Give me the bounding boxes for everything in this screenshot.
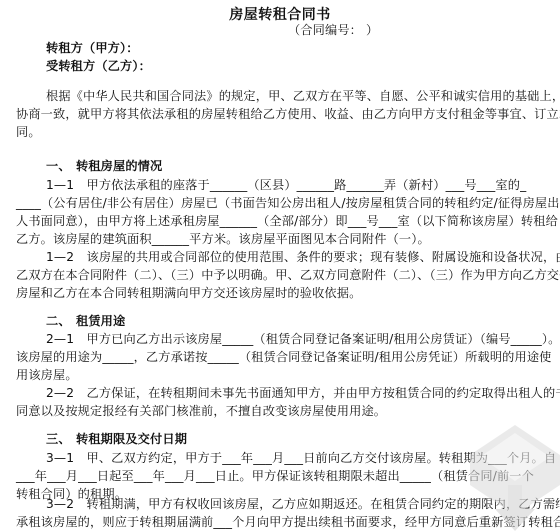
clause-line: 3—2 转租期满，甲方有权收回该房屋，乙方应如期返还。在租赁合同约定的期限内，乙… <box>46 496 560 512</box>
preamble-line: 同。 <box>16 124 41 140</box>
clause-line: 2—1 甲方已向乙方出示该房屋_____（租赁合同登记备案证明/租用公房赁证）（… <box>46 331 560 347</box>
party-a-label: 转租方（甲方）： <box>46 40 139 56</box>
section-heading: 转租期限及交付日期 <box>76 431 187 447</box>
clause-line: 该房屋的用途为_____，乙方承诺按_____（租赁合同登记备案证明/租用公房凭… <box>16 349 552 365</box>
clause-line: 1—1 甲方依法承租的座落于______（区县）______路______弄（新… <box>46 177 526 193</box>
clause-line: 承租该房屋的，则应于转租期届满前___个月向甲方提出续租书面要求，经甲方同意后重… <box>16 514 560 530</box>
clause-line: 2—2 乙方保证，在转租期间未事先书面通知甲方，并由甲方按租赁合同的约定取得出租… <box>46 385 560 401</box>
preamble-line: 根据《中华人民共和国合同法》的规定，甲、乙双方在平等、自愿、公平和诚实信用的基础… <box>46 88 560 104</box>
section-heading-number: 一、 <box>46 158 71 174</box>
clause-line: 同意以及按规定报经有关部门核准前，不擅自改变该房屋使用用途。 <box>16 403 386 419</box>
document-title: 房屋转租合同书 <box>0 4 560 24</box>
clause-line: 人书面同意），由甲方将上述承租房屋______（全部/部分）即___号___室（… <box>16 213 558 229</box>
section-heading-number: 三、 <box>46 431 71 447</box>
clause-line: 1—2 该房屋的共用或合同部位的使用范围、条件的要求；现有装修、附属设施和设备状… <box>46 249 560 265</box>
section-heading-number: 二、 <box>46 313 71 329</box>
contract-number-label: （合同编号： ） <box>288 22 378 38</box>
clause-line: 乙双方在本合同附件（二）、（三）中予以明确。甲、乙双方同意附件（二）、（三）作为… <box>16 267 560 283</box>
clause-line: 乙方。该房屋的建筑面积______平方米。该房屋平面图见本合同附件（一）。 <box>16 231 430 247</box>
document-page: 房屋转租合同书 （合同编号： ） 转租方（甲方）： 受转租方（乙方）： 根据《中… <box>0 0 560 531</box>
preamble-line: 协商一致，就甲方将其依法承租的房屋转租给乙方使用、收益、由乙方向甲方支付租金等事… <box>16 106 560 122</box>
clause-line: ___年___月___日起至___年___月___日止。甲方保证该转租期限未超出… <box>16 468 534 484</box>
party-b-label: 受转租方（乙方）： <box>46 58 151 74</box>
section-heading: 租赁用途 <box>76 313 125 329</box>
clause-line: ____（公有居住/非公有居住）房屋已（书面告知公房出租人/按房屋租赁合同的转租… <box>16 195 560 211</box>
clause-line: 3—1 甲、乙双方约定，甲方于___年___月___日前向乙方交付该房屋。转租期… <box>46 450 556 466</box>
clause-line: 用该房屋。 <box>16 367 78 383</box>
clause-line: 房屋和乙方在本合同转租期满向甲方交还该房屋时的验收依据。 <box>16 285 361 301</box>
section-heading: 转租房屋的情况 <box>76 158 162 174</box>
